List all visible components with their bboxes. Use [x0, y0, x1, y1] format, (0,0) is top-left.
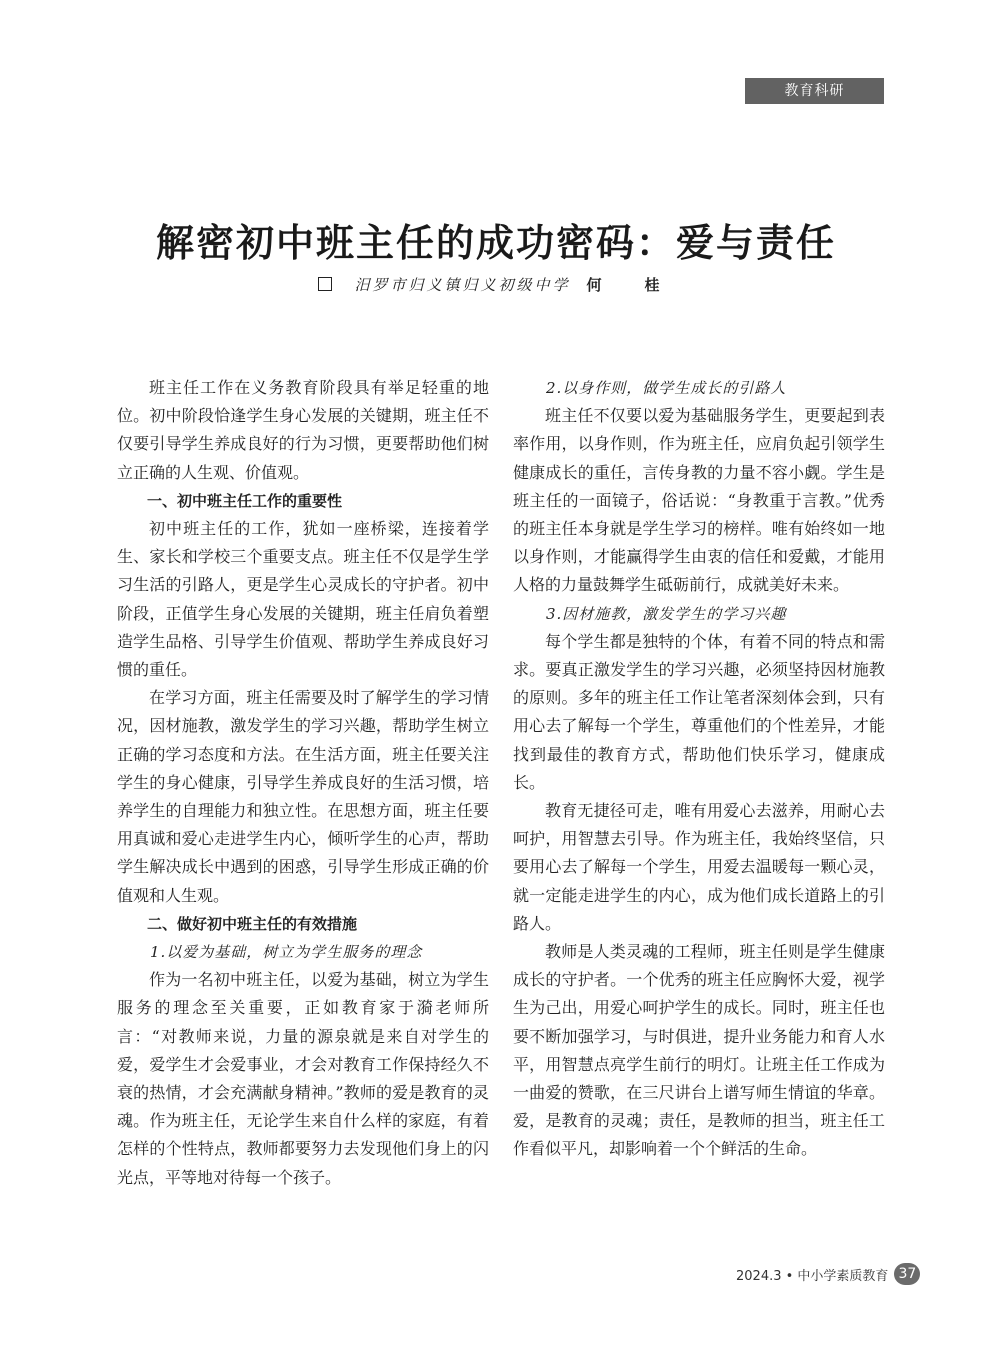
section-heading: 二、做好初中班主任的有效措施: [117, 910, 489, 938]
page-footer: 2024.3 • 中小学素质教育 37: [736, 1263, 920, 1285]
paragraph: 班主任不仅要以爱为基础服务学生，更要起到表率作用，以身作则，作为班主任，应肩负起…: [513, 402, 885, 599]
byline: 汨罗市归义镇归义初级中学何 桂: [0, 274, 992, 295]
paragraph: 班主任工作在义务教育阶段具有举足轻重的地位。初中阶段恰逢学生身心发展的关键期，班…: [117, 374, 489, 487]
section-heading: 一、初中班主任工作的重要性: [117, 487, 489, 515]
paragraph: 教育无捷径可走，唯有用爱心去滋养，用耐心去呵护，用智慧去引导。作为班主任，我始终…: [513, 797, 885, 938]
left-column: 班主任工作在义务教育阶段具有举足轻重的地位。初中阶段恰逢学生身心发展的关键期，班…: [117, 374, 489, 1192]
section-tag: 教育科研: [745, 78, 884, 104]
subsection-heading: 1.以爱为基础，树立为学生服务的理念: [117, 938, 489, 966]
right-column: 2.以身作则，做学生成长的引路人 班主任不仅要以爱为基础服务学生，更要起到表率作…: [513, 374, 885, 1164]
author-name: 何 桂: [587, 276, 674, 294]
subsection-heading: 2.以身作则，做学生成长的引路人: [513, 374, 885, 402]
article-title: 解密初中班主任的成功密码：爱与责任: [0, 212, 992, 267]
paragraph: 每个学生都是独特的个体，有着不同的特点和需求。要真正激发学生的学习兴趣，必须坚持…: [513, 628, 885, 797]
paragraph: 作为一名初中班主任，以爱为基础，树立为学生服务的理念至关重要，正如教育家于漪老师…: [117, 966, 489, 1192]
subsection-heading: 3.因材施教，激发学生的学习兴趣: [513, 600, 885, 628]
paragraph: 初中班主任的工作，犹如一座桥梁，连接着学生、家长和学校三个重要支点。班主任不仅是…: [117, 515, 489, 684]
paragraph: 在学习方面，班主任需要及时了解学生的学习情况，因材施教，激发学生的学习兴趣，帮助…: [117, 684, 489, 910]
issue-info: 2024.3 • 中小学素质教育: [736, 1265, 888, 1284]
paragraph: 教师是人类灵魂的工程师，班主任则是学生健康成长的守护者。一个优秀的班主任应胸怀大…: [513, 938, 885, 1164]
square-bullet-icon: [318, 277, 332, 291]
author-school: 汨罗市归义镇归义初级中学: [354, 276, 570, 294]
page-number-badge: 37: [894, 1263, 920, 1285]
